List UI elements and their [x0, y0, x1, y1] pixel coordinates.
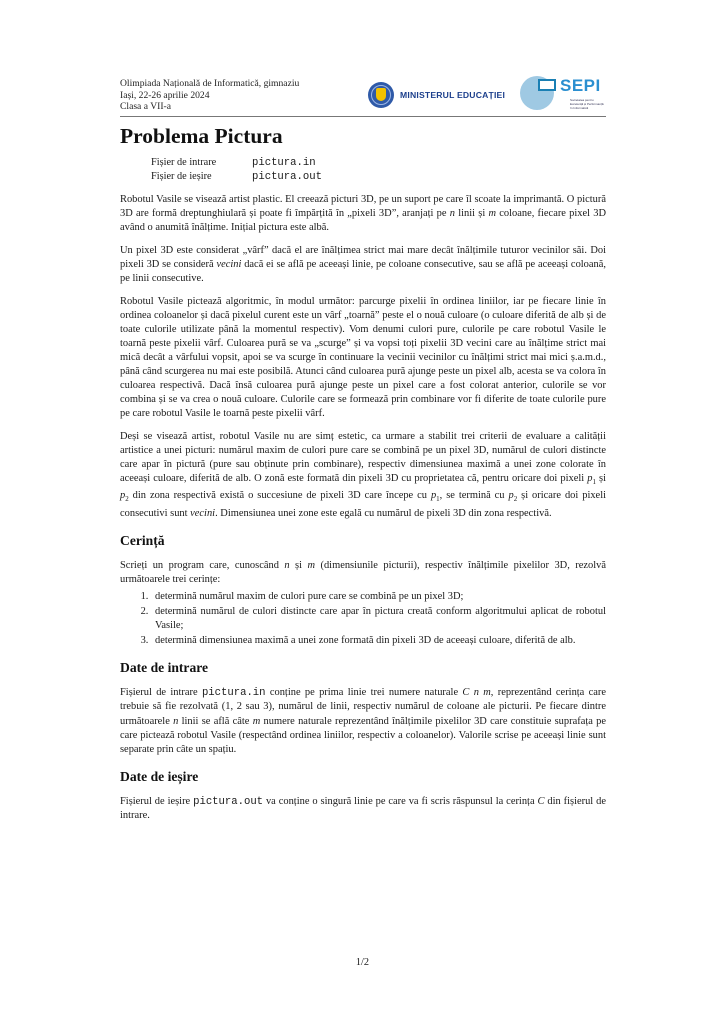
sepi-subtitle: Societatea pentru Excelență și Performan… [570, 98, 606, 110]
contest-info: Olimpiada Națională de Informatică, gimn… [120, 78, 299, 113]
contest-class: Clasa a VII-a [120, 101, 299, 113]
section-heading-cerinta: Cerință [120, 534, 606, 548]
ministry-logo: MINISTERUL EDUCAȚIEI [368, 80, 505, 110]
input-file-label: Fișier de intrare [151, 156, 252, 170]
header-divider [120, 116, 606, 117]
contest-location-date: Iași, 22-26 aprilie 2024 [120, 90, 299, 102]
file-info: Fișier de intrare pictura.in Fișier de i… [151, 156, 322, 184]
cerinta-intro: Scrieți un program care, cunoscând n și … [120, 559, 606, 587]
problem-body: Robotul Vasile se visează artist plastic… [120, 193, 606, 832]
section-heading-input: Date de intrare [120, 661, 606, 675]
output-file-label: Fișier de ieșire [151, 170, 252, 184]
contest-name: Olimpiada Națională de Informatică, gimn… [120, 78, 299, 90]
sepi-logo: SEPI Societatea pentru Excelență și Perf… [520, 76, 606, 112]
requirement-item: determină dimensiunea maximă a unei zone… [151, 634, 606, 648]
monitor-icon [538, 79, 556, 91]
page-header: Olimpiada Națională de Informatică, gimn… [120, 78, 606, 116]
statement-paragraph-1: Robotul Vasile se visează artist plastic… [120, 193, 606, 235]
statement-paragraph-2: Un pixel 3D este considerat „vârf” dacă … [120, 244, 606, 286]
output-description: Fișierul de ieșire pictura.out va conțin… [120, 795, 606, 823]
input-file-row: Fișier de intrare pictura.in [151, 156, 322, 170]
statement-paragraph-3: Robotul Vasile pictează algoritmic, în m… [120, 295, 606, 422]
section-heading-output: Date de ieșire [120, 770, 606, 784]
sepi-name: SEPI [560, 76, 601, 96]
ministry-name: MINISTERUL EDUCAȚIEI [400, 90, 505, 100]
statement-paragraph-4: Deși se visează artist, robotul Vasile n… [120, 430, 606, 521]
requirement-item: determină numărul maxim de culori pure c… [151, 590, 606, 604]
input-description: Fișierul de intrare pictura.in conține p… [120, 686, 606, 756]
romania-coat-of-arms-icon [368, 82, 394, 108]
output-file-name: pictura.out [252, 170, 322, 184]
problem-title: Problema Pictura [120, 124, 283, 149]
output-file-row: Fișier de ieșire pictura.out [151, 170, 322, 184]
requirements-list: determină numărul maxim de culori pure c… [120, 590, 606, 648]
page-number: 1/2 [0, 957, 725, 968]
input-file-name: pictura.in [252, 156, 316, 170]
requirement-item: determină numărul de culori distincte ca… [151, 605, 606, 633]
